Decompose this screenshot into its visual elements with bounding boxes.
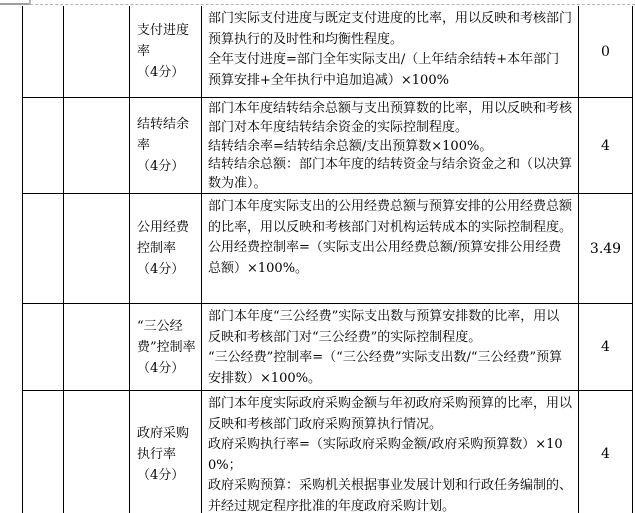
indicator-description-cell: 部门本年度结转结余总额与支出预算数的比率，用以反映和考核部门对本年度结转结余资金…	[202, 98, 579, 194]
indicator-points: （4分）	[137, 156, 196, 177]
empty-category-cell	[64, 6, 130, 98]
description-paragraph: 公用经费控制率=（实际支出公用经费总额/预算安排公用经费总额）×100%。	[208, 238, 572, 279]
indicator-description-cell: 部门本年度实际政府采购金额与年初政府采购预算的比率，用以反映和考核部门政府采购预…	[202, 391, 579, 513]
description-paragraph: 部门本年度“三公经费”实际支出数与预算安排数的比率，用以反映和考核部门对“三公经…	[208, 307, 572, 348]
description-paragraph: 政府采购预算：采购机关根据事业发展计划和行政任务编制的、并经过规定程序批准的年度…	[208, 476, 572, 513]
indicator-name: “三公经费”控制率	[137, 316, 196, 358]
indicator-name-cell: 支付进度率 （4分）	[130, 6, 202, 98]
description-paragraph: 部门实际支付进度与既定支付进度的比率，用以反映和考核部门预算执行的及时性和均衡性…	[208, 9, 572, 50]
indicator-points: （4分）	[137, 62, 196, 83]
description-paragraph: 结转结余率=结转结余总额/支出预算数×100%。	[208, 138, 572, 157]
indicator-score-cell: 4	[579, 304, 633, 391]
empty-category-cell	[22, 391, 64, 513]
table-row-three-public-expenses-control: “三公经费”控制率 （4分） 部门本年度“三公经费”实际支出数与预算安排数的比率…	[22, 304, 633, 391]
indicator-score-cell: 3.49	[579, 194, 633, 304]
indicator-name-cell: 结转结余率 （4分）	[130, 98, 202, 194]
indicator-name-cell: 政府采购执行率 （4分）	[130, 391, 202, 513]
table-row-public-funds-control: 公用经费控制率 （4分） 部门本年度实际支出的公用经费总额与预算安排的公用经费总…	[22, 194, 633, 304]
page-boundary-corner-line	[0, 3, 30, 5]
table-row-carryover-balance: 结转结余率 （4分） 部门本年度结转结余总额与支出预算数的比率，用以反映和考核部…	[22, 98, 633, 194]
indicator-points: （4分）	[137, 358, 196, 379]
indicator-description-cell: 部门本年度实际支出的公用经费总额与预算安排的公用经费总额的比率，用以反映和考核部…	[202, 194, 579, 304]
indicator-score-cell: 4	[579, 391, 633, 513]
indicator-name-cell: “三公经费”控制率 （4分）	[130, 304, 202, 391]
empty-category-cell	[64, 391, 130, 513]
indicator-score-cell: 0	[579, 6, 633, 98]
indicator-score-cell: 4	[579, 98, 633, 194]
page-boundary-dashed-line	[0, 4, 635, 5]
indicator-name: 公用经费控制率	[137, 217, 196, 259]
description-paragraph: “三公经费”控制率=（“三公经费”实际支出数/“三公经费”预算安排数）×100%…	[208, 348, 572, 389]
empty-category-cell	[22, 98, 64, 194]
table-row-payment-progress: 支付进度率 （4分） 部门实际支付进度与既定支付进度的比率，用以反映和考核部门预…	[22, 6, 633, 98]
description-paragraph: 全年支付进度=部门全年实际支出/（上年结余结转+本年部门预算安排+全年执行中追加…	[208, 50, 572, 91]
description-paragraph: 部门本年度实际政府采购金额与年初政府采购预算的比率，用以反映和考核部门政府采购预…	[208, 394, 572, 435]
empty-category-cell	[22, 6, 64, 98]
description-paragraph: 部门本年度结转结余总额与支出预算数的比率，用以反映和考核部门对本年度结转结余资金…	[208, 100, 572, 138]
indicator-points: （4分）	[137, 465, 196, 486]
empty-category-cell	[64, 98, 130, 194]
indicator-name: 支付进度率	[137, 20, 196, 62]
empty-category-cell	[22, 304, 64, 391]
indicator-points: （4分）	[137, 259, 196, 280]
indicator-name: 结转结余率	[137, 114, 196, 156]
empty-category-cell	[64, 304, 130, 391]
table-row-government-procurement: 政府采购执行率 （4分） 部门本年度实际政府采购金额与年初政府采购预算的比率，用…	[22, 391, 633, 513]
description-paragraph: 政府采购执行率=（实际政府采购金额/政府采购预算数）×100%；	[208, 435, 572, 476]
indicator-name: 政府采购执行率	[137, 423, 196, 465]
indicator-table: 支付进度率 （4分） 部门实际支付进度与既定支付进度的比率，用以反映和考核部门预…	[22, 6, 633, 513]
empty-category-cell	[22, 194, 64, 304]
indicator-description-cell: 部门本年度“三公经费”实际支出数与预算安排数的比率，用以反映和考核部门对“三公经…	[202, 304, 579, 391]
page-boundary-corner-tick	[29, 0, 31, 5]
description-paragraph: 部门本年度实际支出的公用经费总额与预算安排的公用经费总额的比率，用以反映和考核部…	[208, 197, 572, 238]
indicator-name-cell: 公用经费控制率 （4分）	[130, 194, 202, 304]
indicator-description-cell: 部门实际支付进度与既定支付进度的比率，用以反映和考核部门预算执行的及时性和均衡性…	[202, 6, 579, 98]
empty-category-cell	[64, 194, 130, 304]
description-paragraph: 结转结余总额：部门本年度的结转资金与结余资金之和（以决算数为准）。	[208, 156, 572, 194]
